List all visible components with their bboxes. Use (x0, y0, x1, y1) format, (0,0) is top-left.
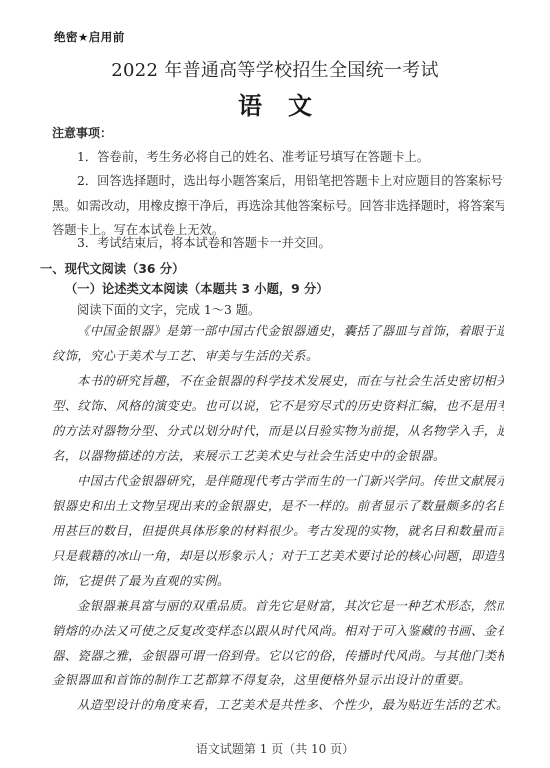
passage-line: 纹饰，究心于美术与工艺、审美与生活的关系。 (52, 349, 504, 363)
reading-instruction: 阅读下面的文字，完成 1～3 题。 (77, 303, 529, 317)
section-title: 一、现代文阅读（36 分） (40, 262, 492, 276)
passage-line: 金银器皿和首饰的制作工艺都算不得复杂，这里便格外显示出设计的重要。 (52, 673, 504, 687)
exam-page: 绝密★启用前 2022 年普通高等学校招生全国统一考试 语文 注意事项： 1．答… (0, 0, 550, 768)
subsection-title: （一）论述类文本阅读（本题共 3 小题，9 分） (65, 282, 517, 296)
passage-line: 用甚巨的数目，但提供具体形象的材料很少。考古发现的实物，就名目和数量而言，虽 (52, 524, 504, 538)
passage-line: 中国古代金银器研究，是伴随现代考古学而生的一门新兴学问。传世文献展示的金 (77, 474, 504, 488)
passage-line: 银器史和出土文物呈现出来的金银器史，是不一样的。前者显示了数量颇多的名目和使 (52, 499, 504, 513)
passage-line: 器、瓷器之雅，金银器可谓一俗到骨。它以它的俗，传播时代风尚。与其他门类相比， (52, 649, 504, 663)
note-item-1: 1．答卷前，考生务必将自己的姓名、准考证号填写在答题卡上。 (77, 150, 504, 164)
note-item-2-cont2: 答题卡上。写在本试卷上无效。 (52, 223, 504, 237)
passage-line: 《中国金银器》是第一部中国古代金银器通史，囊括了器皿与首饰，着眼于造型与 (77, 324, 504, 338)
note-item-2-cont: 黑。如需改动，用橡皮擦干净后，再选涂其他答案标号。回答非选择题时，将答案写在 (52, 199, 504, 213)
passage-line: 金银器兼具富与丽的双重品质。首先它是财富，其次它是一种艺术形态，然而通过 (77, 599, 504, 613)
passage-line: 名，以器物描述的方法，来展示工艺美术史与社会生活史中的金银器。 (52, 449, 504, 463)
passage-line: 只是载籍的冰山一角，却是以形象示人；对于工艺美术要讨论的核心问题，即造型与纹 (52, 549, 504, 563)
passage-line: 型、纹饰、风格的演变史。也可以说，它不是穷尽式的历史资料汇编，也不是用考古学 (52, 399, 504, 413)
passage-line: 从造型设计的角度来看，工艺美术是共性多、个性少，最为贴近生活的艺术。无论 (77, 698, 504, 712)
notes-heading: 注意事项： (52, 126, 504, 140)
page-footer: 语文试题第 1 页（共 10 页） (0, 740, 550, 757)
confidential-label: 绝密★启用前 (54, 29, 125, 45)
exam-title: 2022 年普通高等学校招生全国统一考试 (0, 56, 550, 82)
passage-line: 饰，它提供了最为直观的实例。 (52, 574, 504, 588)
note-item-3: 3．考试结束后，将本试卷和答题卡一并交回。 (77, 236, 504, 250)
note-item-2: 2．回答选择题时，选出每小题答案后，用铅笔把答题卡上对应题目的答案标号涂 (77, 174, 504, 188)
passage-line: 本书的研究旨趣，不在金银器的科学技术发展史，而在与社会生活史密切相关的造 (77, 374, 504, 388)
passage-line: 的方法对器物分型、分式以划分时代，而是以目验实物为前提，从名物学入手，通过定 (52, 424, 504, 438)
passage-line: 销熔的办法又可使之反复改变样态以跟从时代风尚。相对于可入鉴藏的书画、金石、玉 (52, 624, 504, 638)
subject-title: 语文 (0, 86, 550, 121)
